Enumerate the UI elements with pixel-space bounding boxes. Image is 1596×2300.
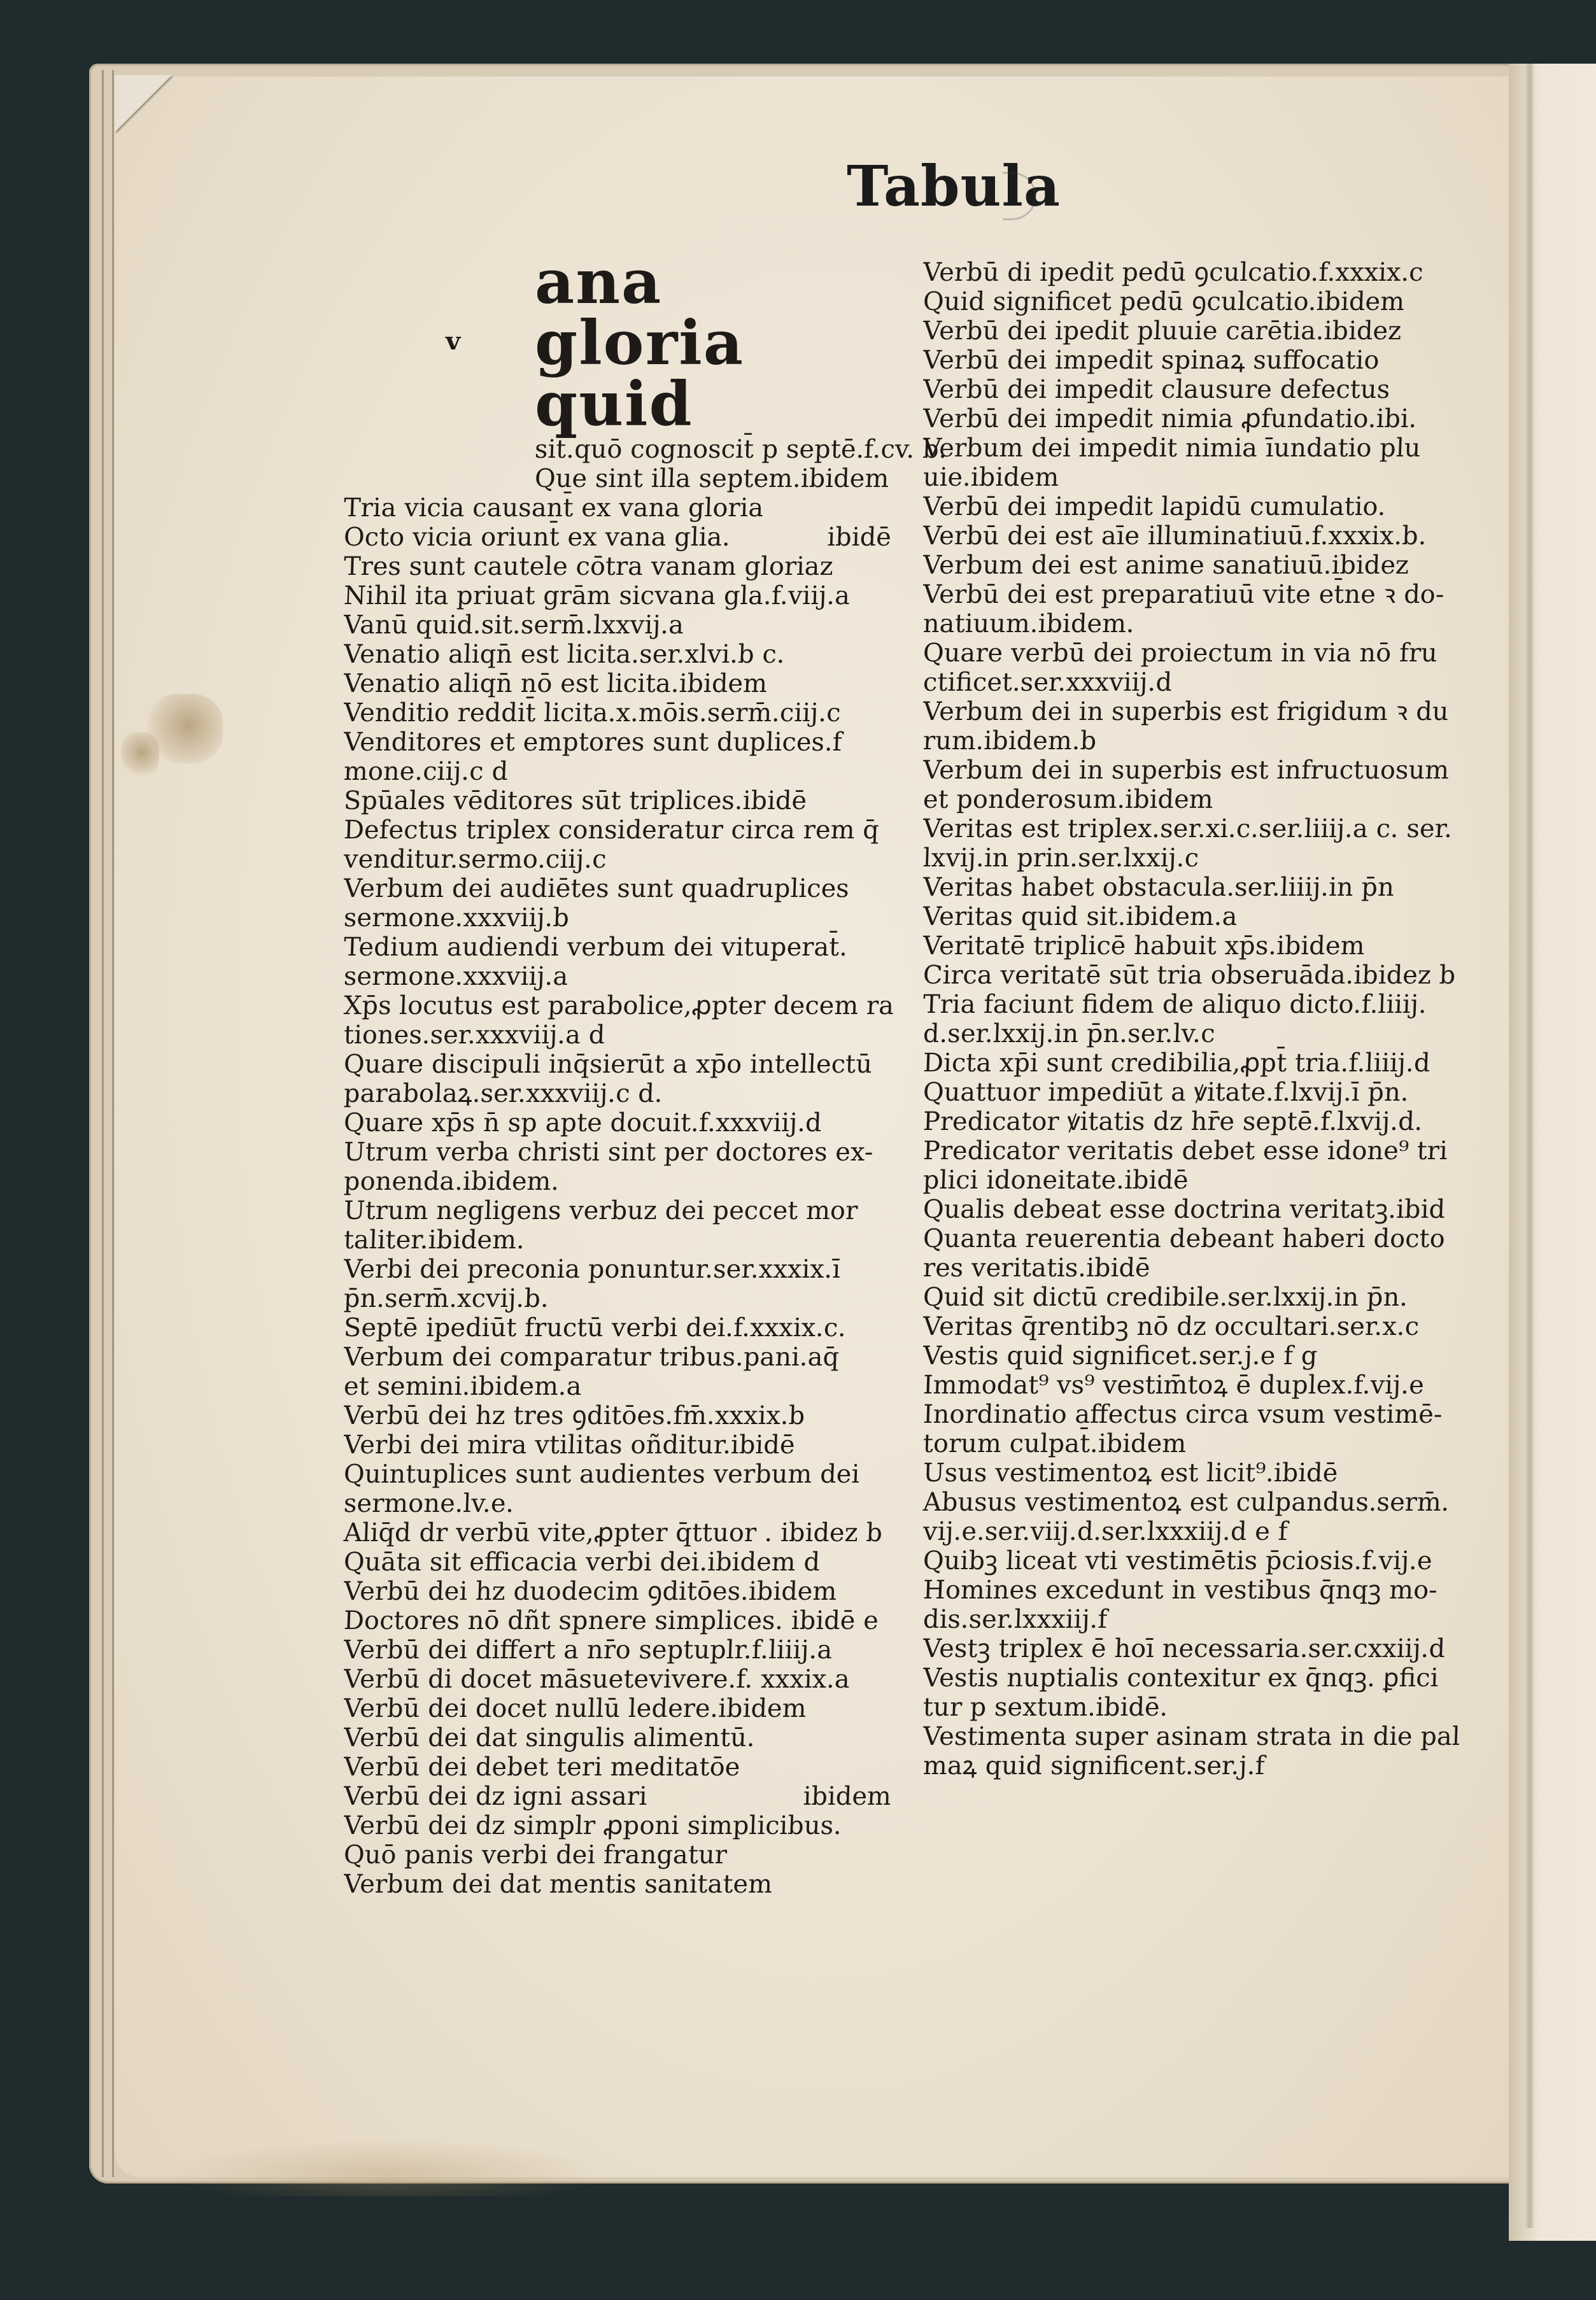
- index-entry: venditur.sermo.ciij.c: [343, 845, 892, 874]
- entry-text: Spūales vēditores sūt triplices.ibidē: [343, 786, 807, 815]
- entry-text: Vanū quid.sit.serm̄.lxxvij.a: [343, 610, 684, 640]
- index-entry: rum.ibidem.b: [922, 726, 1433, 756]
- entry-text: venditur.sermo.ciij.c: [343, 845, 607, 874]
- index-entry: Xp̄s locutus est parabolice,ꝓpter decem …: [343, 991, 892, 1020]
- entry-text: Octo vicia oriunt̄ ex vana glia.: [343, 523, 731, 552]
- entry-text: sit.quō cognoscit̄ p septē.f.cv. b.: [534, 435, 947, 464]
- index-entry: Verbū di docet māsuetevivere.f. xxxix.a: [343, 1665, 892, 1694]
- index-entry: Vestimenta super asinam strata in die pa…: [922, 1722, 1433, 1751]
- entry-text: Quintuplices sunt audientes verbum dei: [343, 1460, 860, 1489]
- entry-text: Verbū dei impedit spinaꝝ suffocatio: [922, 346, 1380, 375]
- entry-text: Aliq̄d dr verbū vite,ꝓpter q̄ttuor . ibi…: [343, 1518, 883, 1548]
- entry-text: Tria faciunt fidem de aliquo dicto.f.lii…: [922, 990, 1427, 1019]
- entry-text: Usus vestimentoꝝ est licit⁹.ibidē: [922, 1458, 1338, 1488]
- entry-text: Que sint illa septem.ibidem: [534, 464, 889, 493]
- entry-text: Vestꝫ triplex ē hoī necessaria.ser.cxxii…: [922, 1634, 1446, 1663]
- entry-text: rum.ibidem.b: [922, 726, 1097, 756]
- entry-text: Verbum dei audiētes sunt quadruplices: [343, 874, 849, 903]
- entry-text: Qualis debeat esse doctrina veritatꝫ.ibi…: [922, 1195, 1446, 1224]
- entry-list: sit.quō cognoscit̄ p septē.f.cv. b.Que s…: [344, 435, 891, 1899]
- index-entry: Verbū dei est aīe illuminatiuū.f.xxxix.b…: [922, 521, 1433, 551]
- entry-text: Tedium audiendi verbum dei vituperat̄.: [343, 933, 848, 962]
- index-entry: Vestis nuptialis contexitur ex q̄nqꝫ. ꝑf…: [922, 1663, 1433, 1693]
- entry-text: sermone.lv.e.: [343, 1489, 514, 1518]
- index-entry: Verbi dei preconia ponuntur.ser.xxxix.ī: [343, 1255, 892, 1284]
- entry-text: Venditio reddit̄ licita.x.mōis.serm̄.cii…: [343, 698, 841, 728]
- index-entry: Verbum dei impedit nimia īundatio plu: [922, 434, 1433, 463]
- entry-text: Venatio aliqn̄ nō est licita.ibidem: [343, 669, 768, 698]
- entry-reference: ibidem: [803, 1782, 892, 1811]
- entry-text: p̄n.serm̄.xcvij.b.: [343, 1284, 549, 1313]
- entry-text: et semini.ibidem.a: [343, 1372, 582, 1401]
- index-entry: Immodat⁹ vs⁹ vestim̄toꝝ ē duplex.f.vij.e: [922, 1371, 1433, 1400]
- entry-text: Veritas est triplex.ser.xi.c.ser.liiij.a…: [922, 814, 1453, 843]
- foxing-stain: [121, 732, 159, 777]
- index-entry: Quare discipuli inq̄sierūt a xp̄o intell…: [343, 1050, 892, 1079]
- entry-text: ponenda.ibidem.: [343, 1167, 560, 1196]
- entry-text: Verbū dei dz simplr ꝓponi simplicibus.: [343, 1811, 842, 1840]
- entry-text: Predicator veritatis debet esse idone⁹ t…: [922, 1136, 1448, 1166]
- entry-text: Veritas q̄rentibꝫ nō dz occultari.ser.x.…: [922, 1312, 1420, 1341]
- index-entry: Usus vestimentoꝝ est licit⁹.ibidē: [922, 1458, 1433, 1488]
- water-stain: [166, 2139, 611, 2196]
- index-entry: Homines excedunt in vestibus q̄nqꝫ mo-: [922, 1576, 1433, 1605]
- index-entry: Verbū dei differt a nr̄o septuplr.f.liii…: [343, 1635, 892, 1665]
- entry-text: Verbū di ipedit pedū ꝯculcatio.f.xxxix.c: [922, 258, 1423, 287]
- entry-text: Homines excedunt in vestibus q̄nqꝫ mo-: [922, 1576, 1437, 1605]
- section-heading: ana gloria quid: [344, 251, 891, 435]
- index-entry: Quid significet pedū ꝯculcatio.ibidem: [922, 287, 1433, 316]
- entry-text: Verbum dei dat mentis sanitatem: [343, 1870, 773, 1899]
- entry-text: Doctores nō dñt spnere simplices. ibidē …: [343, 1606, 879, 1635]
- entry-text: Quare verbū dei proiectum in via nō fru: [922, 638, 1437, 668]
- index-entry: Quid sit dictū credibile.ser.lxxij.in p̄…: [922, 1283, 1433, 1312]
- index-entry: Vestis quid significet.ser.j.e f g: [922, 1341, 1433, 1371]
- index-entry: tiones.ser.xxxviij.a d: [343, 1020, 892, 1050]
- index-entry: Predicator ꝟitatis dz hr̄e septē.f.lxvij…: [922, 1107, 1433, 1136]
- entry-text: Verbū dei dz igni assari: [343, 1782, 647, 1811]
- index-entry: Venatio aliqn̄ nō est licita.ibidem: [343, 669, 892, 698]
- index-entry: d.ser.lxxij.in p̄n.ser.lv.c: [922, 1019, 1433, 1048]
- index-entry: Verbum dei est anime sanatiuū.ibidez: [922, 551, 1433, 580]
- entry-text: Nihil ita priuat grām sicvana gla.f.viij…: [343, 581, 851, 610]
- entry-text: tur p sextum.ibidē.: [922, 1693, 1168, 1722]
- index-entry: Verbum dei in superbis est infructuosum: [922, 756, 1433, 785]
- entry-text: Verbū di docet māsuetevivere.f. xxxix.a: [343, 1665, 850, 1694]
- entry-text: mone.ciij.c d: [343, 757, 509, 786]
- index-entry: sermone.xxxviij.b: [343, 903, 892, 933]
- entry-text: Verbum dei in superbis est infructuosum: [922, 756, 1450, 785]
- index-entry: dis.ser.lxxxiij.f: [922, 1605, 1433, 1634]
- index-entry: Veritatē triplicē habuit xp̄s.ibidem: [922, 931, 1433, 961]
- entry-text: Quid sit dictū credibile.ser.lxxij.in p̄…: [922, 1283, 1408, 1312]
- index-entry: vij.e.ser.viij.d.ser.lxxxiij.d e f: [922, 1517, 1433, 1546]
- entry-text: Verbū dei ipedit pluuie carētia.ibidez: [922, 316, 1402, 346]
- index-entry: Verbū dei hz tres ꝯditōes.fm̄.xxxix.b: [343, 1401, 892, 1430]
- index-entry: Quāta sit efficacia verbi dei.ibidem d: [343, 1548, 892, 1577]
- entry-text: Utrum negligens verbuz dei peccet mor: [343, 1196, 858, 1225]
- entry-text: Verbū dei impedit lapidū cumulatio.: [922, 492, 1386, 521]
- index-entry: Quō panis verbi dei frangatur: [343, 1840, 892, 1870]
- entry-text: Veritatē triplicē habuit xp̄s.ibidem: [922, 931, 1365, 961]
- index-entry: Verbū dei impedit lapidū cumulatio.: [922, 492, 1433, 521]
- index-entry: maꝝ quid significent.ser.j.f: [922, 1751, 1433, 1781]
- entry-text: Utrum verba christi sint per doctores ex…: [343, 1138, 873, 1167]
- entry-text: maꝝ quid significent.ser.j.f: [922, 1751, 1265, 1781]
- entry-text: Veritas habet obstacula.ser.liiij.in p̄n: [922, 873, 1394, 902]
- entry-text: sermone.xxxviij.b: [343, 903, 570, 933]
- index-entry: Verbum dei comparatur tribus.pani.aq̄: [343, 1343, 892, 1372]
- index-entry: Verbū dei dz igni assariibidem: [343, 1782, 892, 1811]
- entry-text: et ponderosum.ibidem: [922, 785, 1213, 814]
- index-entry: Utrum negligens verbuz dei peccet mor: [343, 1196, 892, 1225]
- index-entry: Abusus vestimentoꝝ est culpandus.serm̄.: [922, 1488, 1433, 1517]
- entry-text: dis.ser.lxxxiij.f: [922, 1605, 1108, 1634]
- index-entry: Tria vicia causant̄ ex vana gloria: [343, 493, 892, 523]
- entry-text: Quanta reuerentia debeant haberi docto: [922, 1224, 1445, 1253]
- entry-text: Verbū dei hz duodecim ꝯditōes.ibidem: [343, 1577, 837, 1606]
- index-entry: et semini.ibidem.a: [343, 1372, 892, 1401]
- index-entry: Utrum verba christi sint per doctores ex…: [343, 1138, 892, 1167]
- index-entry: Verbū dei impedit clausure defectus: [922, 375, 1433, 404]
- index-entry: ctificet.ser.xxxviij.d: [922, 668, 1433, 697]
- index-entry: Vestꝫ triplex ē hoī necessaria.ser.cxxii…: [922, 1634, 1433, 1663]
- index-entry: tur p sextum.ibidē.: [922, 1693, 1433, 1722]
- entry-text: Quō panis verbi dei frangatur: [343, 1840, 727, 1870]
- index-entry: Defectus triplex consideratur circa rem …: [343, 815, 892, 845]
- index-entry: ponenda.ibidem.: [343, 1167, 892, 1196]
- entry-text: Veritas quid sit.ibidem.a: [922, 902, 1238, 931]
- entry-list: Verbū di ipedit pedū ꝯculcatio.f.xxxix.c…: [923, 258, 1432, 1781]
- entry-text: plici idoneitate.ibidē: [922, 1166, 1189, 1195]
- index-entry: plici idoneitate.ibidē: [922, 1166, 1433, 1195]
- index-entry: parabolaꝝ.ser.xxxviij.c d.: [343, 1079, 892, 1108]
- guide-letter: v: [446, 327, 460, 356]
- entry-text: Verbū dei differt a nr̄o septuplr.f.liii…: [343, 1635, 833, 1665]
- index-entry: Verbū dei dz simplr ꝓponi simplicibus.: [343, 1811, 892, 1840]
- entry-text: Immodat⁹ vs⁹ vestim̄toꝝ ē duplex.f.vij.e: [922, 1371, 1424, 1400]
- index-entry: Verbū dei hz duodecim ꝯditōes.ibidem: [343, 1577, 892, 1606]
- index-entry: Verbum dei dat mentis sanitatem: [343, 1870, 892, 1899]
- entry-text: Verbū dei est preparatiuū vite et̄ne ꝛ d…: [922, 580, 1444, 609]
- entry-text: Verbū dei hz tres ꝯditōes.fm̄.xxxix.b: [343, 1401, 805, 1430]
- entry-text: taliter.ibidem.: [343, 1225, 525, 1255]
- index-column-left: ana gloria quid v sit.quō cognoscit̄ p s…: [344, 251, 891, 1899]
- index-entry: et ponderosum.ibidem: [922, 785, 1433, 814]
- entry-text: Venatio aliqn̄ est licita.ser.xlvi.b c.: [343, 640, 785, 669]
- index-entry: natiuum.ibidem.: [922, 609, 1433, 638]
- entry-text: Abusus vestimentoꝝ est culpandus.serm̄.: [922, 1488, 1450, 1517]
- index-entry: Doctores nō dñt spnere simplices. ibidē …: [343, 1606, 892, 1635]
- entry-text: vij.e.ser.viij.d.ser.lxxxiij.d e f: [922, 1517, 1288, 1546]
- corner-fold: [115, 75, 172, 132]
- index-entry: Septē ipediūt fructū verbi dei.f.xxxix.c…: [343, 1313, 892, 1343]
- entry-text: sermone.xxxviij.a: [343, 962, 568, 991]
- index-entry: sit.quō cognoscit̄ p septē.f.cv. b.: [343, 435, 892, 464]
- index-entry: Verbum dei in superbis est frigidum ꝛ du: [922, 697, 1433, 726]
- index-entry: Quanta reuerentia debeant haberi docto: [922, 1224, 1433, 1253]
- entry-text: Defectus triplex consideratur circa rem …: [343, 815, 879, 845]
- index-entry: Dicta xp̄i sunt credibilia,ꝓpt̄ tria.f.l…: [922, 1048, 1433, 1078]
- entry-text: Xp̄s locutus est parabolice,ꝓpter decem …: [343, 991, 894, 1020]
- entry-text: Quattuor impediūt a ꝟitate.f.lxvij.ī p̄n…: [922, 1078, 1409, 1107]
- entry-text: Circa veritatē sūt tria obseruāda.ibidez…: [922, 961, 1456, 990]
- entry-text: uie.ibidem: [922, 463, 1059, 492]
- entry-text: Verbū dei docet nullū ledere.ibidem: [343, 1694, 807, 1723]
- entry-text: Verbum dei in superbis est frigidum ꝛ du: [922, 697, 1449, 726]
- entry-text: Predicator ꝟitatis dz hr̄e septē.f.lxvij…: [922, 1107, 1423, 1136]
- index-entry: Verbū dei ipedit pluuie carētia.ibidez: [922, 316, 1433, 346]
- index-entry: Verbi dei mira vtilitas oñditur.ibidē: [343, 1430, 892, 1460]
- index-entry: taliter.ibidem.: [343, 1225, 892, 1255]
- index-entry: Venditores et emptores sunt duplices.f: [343, 728, 892, 757]
- index-entry: Verbū dei est preparatiuū vite et̄ne ꝛ d…: [922, 580, 1433, 609]
- index-entry: Octo vicia oriunt̄ ex vana glia.ibidē: [343, 523, 892, 552]
- entry-text: ctificet.ser.xxxviij.d: [922, 668, 1173, 697]
- index-column-right: Verbū di ipedit pedū ꝯculcatio.f.xxxix.c…: [923, 258, 1432, 1781]
- index-entry: Verbū di ipedit pedū ꝯculcatio.f.xxxix.c: [922, 258, 1433, 287]
- index-entry: Veritas est triplex.ser.xi.c.ser.liiij.a…: [922, 814, 1433, 843]
- entry-text: Tres sunt cautele cōtra vanam gloriaz: [343, 552, 833, 581]
- index-entry: Nihil ita priuat grām sicvana gla.f.viij…: [343, 581, 892, 610]
- index-entry: Vanū quid.sit.serm̄.lxxvij.a: [343, 610, 892, 640]
- index-entry: sermone.xxxviij.a: [343, 962, 892, 991]
- entry-text: Verbū dei impedit clausure defectus: [922, 375, 1390, 404]
- index-entry: Venditio reddit̄ licita.x.mōis.serm̄.cii…: [343, 698, 892, 728]
- entry-text: torum culpat̄.ibidem: [922, 1429, 1187, 1458]
- entry-text: Quibꝫ liceat vti vestimētis p̄ciosis.f.v…: [922, 1546, 1432, 1576]
- index-entry: Inordinatio affectus circa vsum vestimē-: [922, 1400, 1433, 1429]
- index-entry: Verbū dei docet nullū ledere.ibidem: [343, 1694, 892, 1723]
- index-entry: Quattuor impediūt a ꝟitate.f.lxvij.ī p̄n…: [922, 1078, 1433, 1107]
- index-entry: Predicator veritatis debet esse idone⁹ t…: [922, 1136, 1433, 1166]
- index-entry: Qualis debeat esse doctrina veritatꝫ.ibi…: [922, 1195, 1433, 1224]
- entry-text: Verbū dei dat singulis alimentū.: [343, 1723, 755, 1753]
- index-entry: Verbum dei audiētes sunt quadruplices: [343, 874, 892, 903]
- entry-text: natiuum.ibidem.: [922, 609, 1134, 638]
- entry-text: Verbū dei debet teri meditatōe: [343, 1753, 740, 1782]
- index-entry: res veritatis.ibidē: [922, 1253, 1433, 1283]
- entry-text: Quid significet pedū ꝯculcatio.ibidem: [922, 287, 1405, 316]
- index-entry: Circa veritatē sūt tria obseruāda.ibidez…: [922, 961, 1433, 990]
- entry-text: tiones.ser.xxxviij.a d: [343, 1020, 605, 1050]
- entry-text: Verbū dei impedit nimia ꝓfundatio.ibi.: [922, 404, 1417, 434]
- index-entry: Quintuplices sunt audientes verbum dei: [343, 1460, 892, 1489]
- entry-text: Dicta xp̄i sunt credibilia,ꝓpt̄ tria.f.l…: [922, 1048, 1430, 1078]
- index-entry: Tedium audiendi verbum dei vituperat̄.: [343, 933, 892, 962]
- index-entry: Tria faciunt fidem de aliquo dicto.f.lii…: [922, 990, 1433, 1019]
- index-entry: lxvij.in prin.ser.lxxij.c: [922, 843, 1433, 873]
- entry-text: Verbum dei est anime sanatiuū.ibidez: [922, 551, 1409, 580]
- index-entry: Verbū dei debet teri meditatōe: [343, 1753, 892, 1782]
- entry-text: Vestis nuptialis contexitur ex q̄nqꝫ. ꝑf…: [922, 1663, 1439, 1693]
- index-entry: Venatio aliqn̄ est licita.ser.xlvi.b c.: [343, 640, 892, 669]
- index-entry: Veritas quid sit.ibidem.a: [922, 902, 1433, 931]
- entry-text: lxvij.in prin.ser.lxxij.c: [922, 843, 1199, 873]
- index-entry: sermone.lv.e.: [343, 1489, 892, 1518]
- entry-text: Vestis quid significet.ser.j.e f g: [922, 1341, 1318, 1371]
- entry-text: Venditores et emptores sunt duplices.f: [343, 728, 842, 757]
- index-entry: Spūales vēditores sūt triplices.ibidē: [343, 786, 892, 815]
- entry-text: Tria vicia causant̄ ex vana gloria: [343, 493, 764, 523]
- entry-text: Quāta sit efficacia verbi dei.ibidem d: [343, 1548, 821, 1577]
- index-entry: Veritas q̄rentibꝫ nō dz occultari.ser.x.…: [922, 1312, 1433, 1341]
- index-entry: Verbū dei dat singulis alimentū.: [343, 1723, 892, 1753]
- index-entry: Quibꝫ liceat vti vestimētis p̄ciosis.f.v…: [922, 1546, 1433, 1576]
- gutter-shadow: [1525, 64, 1535, 2228]
- entry-text: Quare xp̄s n̄ sp apte docuit.f.xxxviij.d: [343, 1108, 822, 1138]
- entry-text: Verbi dei preconia ponuntur.ser.xxxix.ī: [343, 1255, 841, 1284]
- entry-text: parabolaꝝ.ser.xxxviij.c d.: [343, 1079, 663, 1108]
- entry-text: Inordinatio affectus circa vsum vestimē-: [922, 1400, 1443, 1429]
- index-entry: Que sint illa septem.ibidem: [343, 464, 892, 493]
- index-entry: uie.ibidem: [922, 463, 1433, 492]
- index-entry: Quare xp̄s n̄ sp apte docuit.f.xxxviij.d: [343, 1108, 892, 1138]
- entry-text: Verbi dei mira vtilitas oñditur.ibidē: [343, 1430, 795, 1460]
- entry-reference: ibidē: [827, 523, 892, 552]
- entry-text: d.ser.lxxij.in p̄n.ser.lv.c: [922, 1019, 1215, 1048]
- entry-text: Quare discipuli inq̄sierūt a xp̄o intell…: [343, 1050, 872, 1079]
- entry-text: Verbum dei comparatur tribus.pani.aq̄: [343, 1343, 840, 1372]
- entry-text: Verbū dei est aīe illuminatiuū.f.xxxix.b…: [922, 521, 1427, 551]
- index-entry: Quare verbū dei proiectum in via nō fru: [922, 638, 1433, 668]
- facing-page-edge: [1509, 64, 1596, 2241]
- index-entry: Tres sunt cautele cōtra vanam gloriaz: [343, 552, 892, 581]
- entry-text: Septē ipediūt fructū verbi dei.f.xxxix.c…: [343, 1313, 847, 1343]
- index-entry: Veritas habet obstacula.ser.liiij.in p̄n: [922, 873, 1433, 902]
- index-entry: Verbū dei impedit nimia ꝓfundatio.ibi.: [922, 404, 1433, 434]
- index-entry: Verbū dei impedit spinaꝝ suffocatio: [922, 346, 1433, 375]
- entry-text: res veritatis.ibidē: [922, 1253, 1150, 1283]
- index-entry: torum culpat̄.ibidem: [922, 1429, 1433, 1458]
- entry-text: Vestimenta super asinam strata in die pa…: [922, 1722, 1460, 1751]
- index-entry: p̄n.serm̄.xcvij.b.: [343, 1284, 892, 1313]
- index-entry: Aliq̄d dr verbū vite,ꝓpter q̄ttuor . ibi…: [343, 1518, 892, 1548]
- index-entry: mone.ciij.c d: [343, 757, 892, 786]
- entry-text: Verbum dei impedit nimia īundatio plu: [922, 434, 1421, 463]
